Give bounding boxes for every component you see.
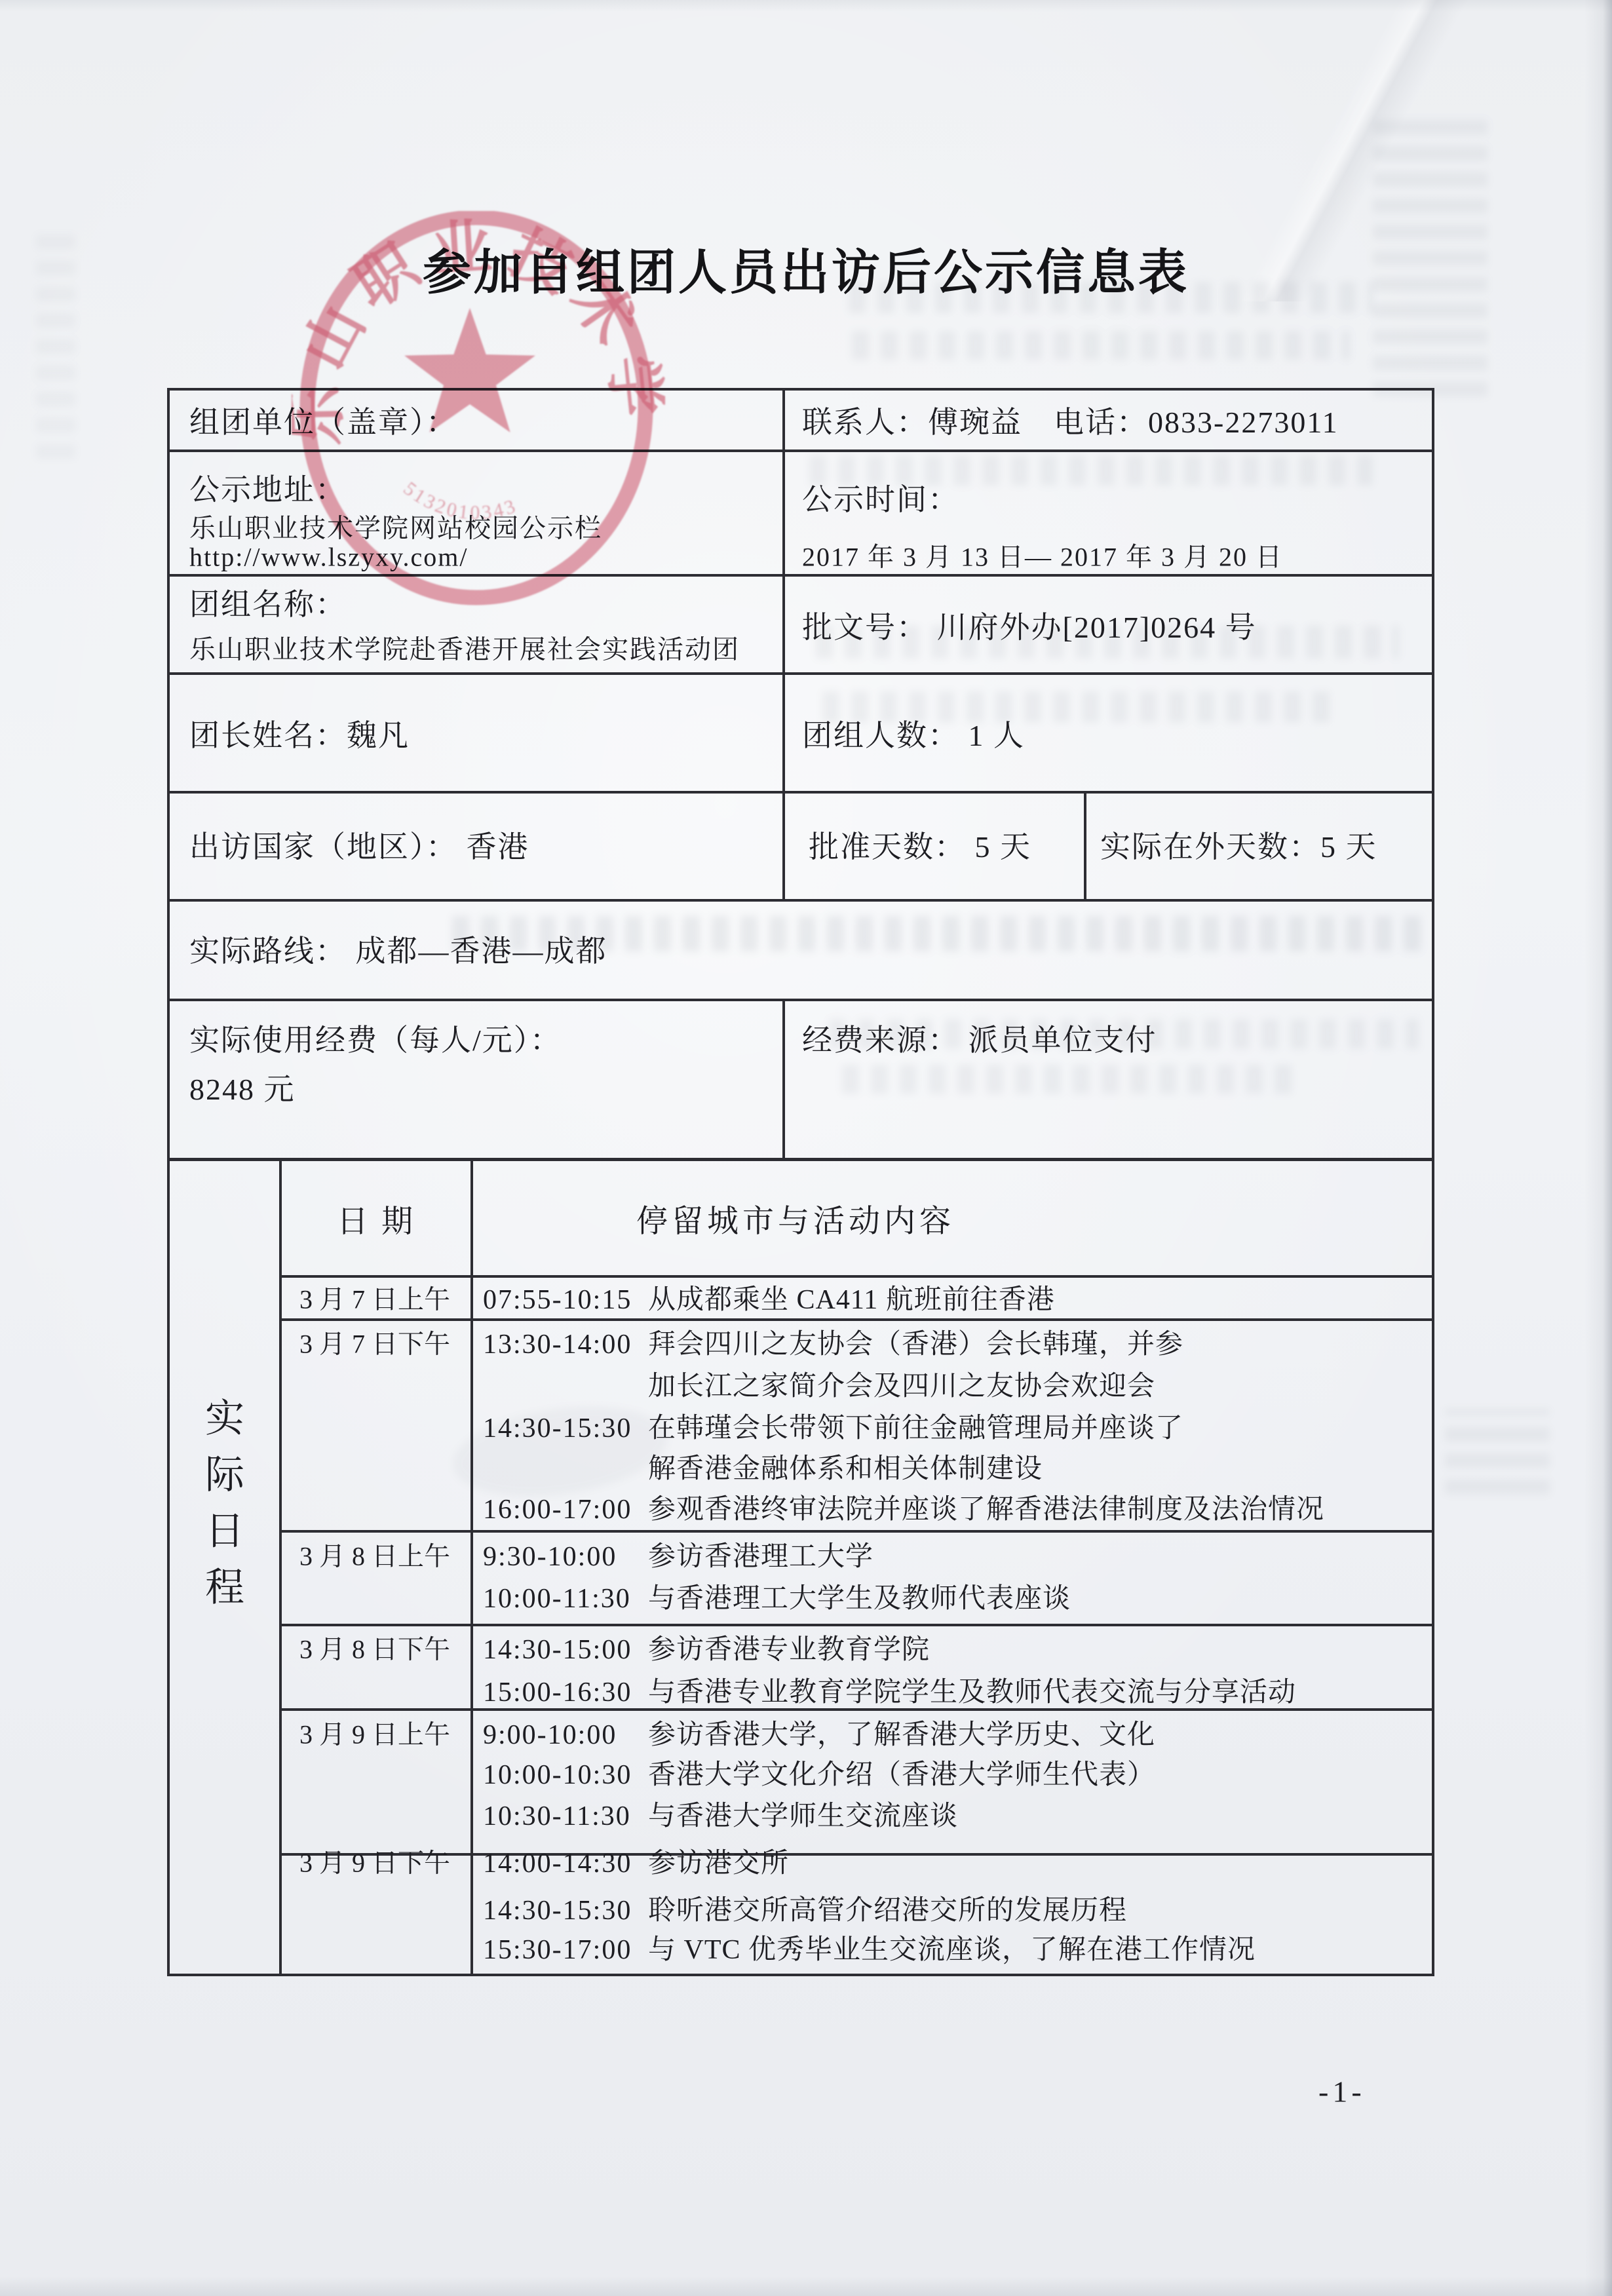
field-expense-value: 8248 元: [189, 1065, 296, 1109]
schedule-header-content: 停留城市与活动内容: [636, 1196, 955, 1241]
schedule-time: 14:30-15:30: [483, 1413, 648, 1444]
field-publish-address-value: 乐山职业技术学院网站校园公示栏: [189, 508, 602, 545]
field-publish-time-label: 公示时间：: [802, 476, 959, 519]
schedule-date: 3 月 8 日下午: [279, 1629, 470, 1666]
field-actual-route: 实际路线： 成都—香港—成都: [189, 927, 607, 970]
table-line: [170, 574, 1432, 577]
schedule-line: 14:30-15:00参访香港专业教育学院: [483, 1628, 930, 1667]
field-organizer-label: 组团单位（盖章）：: [189, 398, 457, 442]
page-title: 参加自组团人员出访后公示信息表: [0, 234, 1612, 303]
schedule-line: 10:30-11:30与香港大学师生交流座谈: [483, 1794, 958, 1833]
schedule-line: 13:30-14:00拜会四川之友协会（香港）会长韩瑾，并参: [483, 1322, 1183, 1362]
schedule-line: 9:30-10:00参访香港理工大学: [483, 1535, 873, 1574]
schedule-time: 13:30-14:00: [483, 1329, 648, 1360]
table-line: [279, 1318, 1432, 1321]
field-publish-address-label: 公示地址：: [189, 466, 347, 509]
schedule-time: 14:30-15:30: [483, 1895, 648, 1926]
field-destination: 出访国家（地区）： 香港: [189, 823, 529, 866]
schedule-side-label: 实际日程: [193, 1397, 250, 1622]
schedule-line: 14:30-15:30聆听港交所高管介绍港交所的发展历程: [483, 1888, 1127, 1928]
table-line: [170, 791, 1432, 794]
schedule-table: 实际日程 日期 停留城市与活动内容 3 月 7 日上午 3 月 7 日下午 3 …: [167, 1158, 1434, 1976]
schedule-time: 07:55-10:15: [483, 1284, 648, 1316]
table-line: [170, 450, 1432, 452]
field-publish-time-value: 2017 年 3 月 13 日— 2017 年 3 月 20 日: [802, 537, 1283, 574]
schedule-date: 3 月 7 日下午: [279, 1324, 470, 1361]
schedule-activity: 参访香港专业教育学院: [648, 1635, 930, 1665]
schedule-line: 10:00-10:30香港大学文化介绍（香港大学师生代表）: [483, 1753, 1155, 1792]
bleed-through-smudge: [1445, 1409, 1550, 1494]
schedule-activity: 参访香港理工大学: [648, 1542, 873, 1572]
schedule-line: 14:30-15:30在韩瑾会长带领下前往金融管理局并座谈了: [483, 1406, 1183, 1445]
schedule-activity: 拜会四川之友协会（香港）会长韩瑾，并参: [648, 1330, 1183, 1360]
table-line: [170, 672, 1432, 675]
field-group-name-value: 乐山职业技术学院赴香港开展社会实践活动团: [189, 629, 740, 666]
schedule-line-continuation: 加长江之家简介会及四川之友协会欢迎会: [648, 1364, 1155, 1404]
schedule-line-continuation: 解香港金融体系和相关体制建设: [648, 1447, 1043, 1486]
schedule-time: 10:00-10:30: [483, 1759, 648, 1791]
field-contact: 联系人：傅琬益 电话：0833-2273011: [802, 398, 1339, 442]
schedule-activity: 加长江之家简介会及四川之友协会欢迎会: [648, 1371, 1155, 1402]
bleed-through-smudge: [852, 331, 1350, 360]
table-line: [782, 391, 785, 899]
schedule-header-date: 日期: [279, 1161, 470, 1275]
schedule-activity: 聆听港交所高管介绍港交所的发展历程: [648, 1896, 1127, 1926]
schedule-time: 15:00-16:30: [483, 1677, 648, 1708]
schedule-date: 3 月 9 日上午: [279, 1714, 470, 1751]
schedule-date: 3 月 9 日下午: [279, 1843, 470, 1880]
schedule-line: 15:30-17:00与 VTC 优秀毕业生交流座谈，了解在港工作情况: [483, 1928, 1256, 1967]
field-expense-label: 实际使用经费（每人/元）：: [189, 1016, 562, 1060]
schedule-line: 16:00-17:00参观香港终审法院并座谈了解香港法律制度及法治情况: [483, 1487, 1324, 1527]
schedule-line: 14:00-14:30参访港交所: [483, 1841, 789, 1881]
schedule-time: 10:30-11:30: [483, 1801, 648, 1832]
schedule-activity: 香港大学文化介绍（香港大学师生代表）: [648, 1760, 1155, 1790]
table-line: [782, 999, 785, 1158]
schedule-activity: 参观香港终审法院并座谈了解香港法律制度及法治情况: [648, 1495, 1324, 1525]
schedule-line: 10:00-11:30与香港理工大学生及教师代表座谈: [483, 1577, 1071, 1616]
schedule-activity: 解香港金融体系和相关体制建设: [648, 1454, 1043, 1484]
field-group-name-label: 团组名称：: [189, 581, 347, 624]
schedule-activity: 与香港理工大学生及教师代表座谈: [648, 1584, 1071, 1614]
info-table: 组团单位（盖章）： 联系人：傅琬益 电话：0833-2273011 公示地址： …: [167, 388, 1434, 1160]
schedule-activity: 与香港专业教育学院学生及教师代表交流与分享活动: [648, 1677, 1296, 1708]
schedule-activity: 在韩瑾会长带领下前往金融管理局并座谈了: [648, 1413, 1183, 1444]
field-actual-days: 实际在外天数：5 天: [1100, 823, 1377, 866]
schedule-activity: 与香港大学师生交流座谈: [648, 1801, 958, 1831]
schedule-line: 07:55-10:15从成都乘坐 CA411 航班前往香港: [483, 1278, 1055, 1317]
field-publish-url: http://www.lszyxy.com/: [189, 542, 468, 573]
field-funding-source: 经费来源： 派员单位支付: [802, 1016, 1157, 1060]
schedule-time: 10:00-11:30: [483, 1583, 648, 1615]
schedule-time: 9:00-10:00: [483, 1719, 648, 1751]
table-line: [170, 899, 1432, 902]
field-approval-number: 批文号： 川府外办[2017]0264 号: [802, 603, 1257, 647]
schedule-activity: 参访港交所: [648, 1848, 789, 1879]
schedule-line: 15:00-16:30与香港专业教育学院学生及教师代表交流与分享活动: [483, 1670, 1296, 1710]
scanned-document-page: 参加自组团人员出访后公示信息表 组团单位（盖章）： 联系人：傅琬益 电话：083…: [0, 0, 1612, 2296]
schedule-date: 3 月 8 日上午: [279, 1536, 470, 1573]
schedule-time: 14:30-15:00: [483, 1634, 648, 1666]
schedule-activity: 从成都乘坐 CA411 航班前往香港: [648, 1285, 1055, 1315]
schedule-time: 15:30-17:00: [483, 1934, 648, 1966]
schedule-activity: 参访香港大学，了解香港大学历史、文化: [648, 1720, 1155, 1750]
table-line: [170, 999, 1432, 1001]
table-line: [279, 1624, 1432, 1626]
field-leader-name: 团长姓名：魏凡: [189, 712, 410, 755]
table-line: [470, 1161, 473, 1974]
schedule-activity: 与 VTC 优秀毕业生交流座谈，了解在港工作情况: [648, 1935, 1256, 1965]
field-group-size: 团组人数： 1 人: [802, 712, 1025, 755]
schedule-line: 9:00-10:00参访香港大学，了解香港大学历史、文化: [483, 1713, 1155, 1752]
table-line: [279, 1530, 1432, 1533]
schedule-time: 16:00-17:00: [483, 1494, 648, 1525]
page-number: -1-: [1318, 2075, 1366, 2109]
field-approved-days: 批准天数： 5 天: [809, 823, 1031, 866]
schedule-time: 9:30-10:00: [483, 1541, 648, 1573]
schedule-time: 14:00-14:30: [483, 1848, 648, 1879]
table-line: [1084, 791, 1086, 899]
schedule-date: 3 月 7 日上午: [279, 1279, 470, 1316]
